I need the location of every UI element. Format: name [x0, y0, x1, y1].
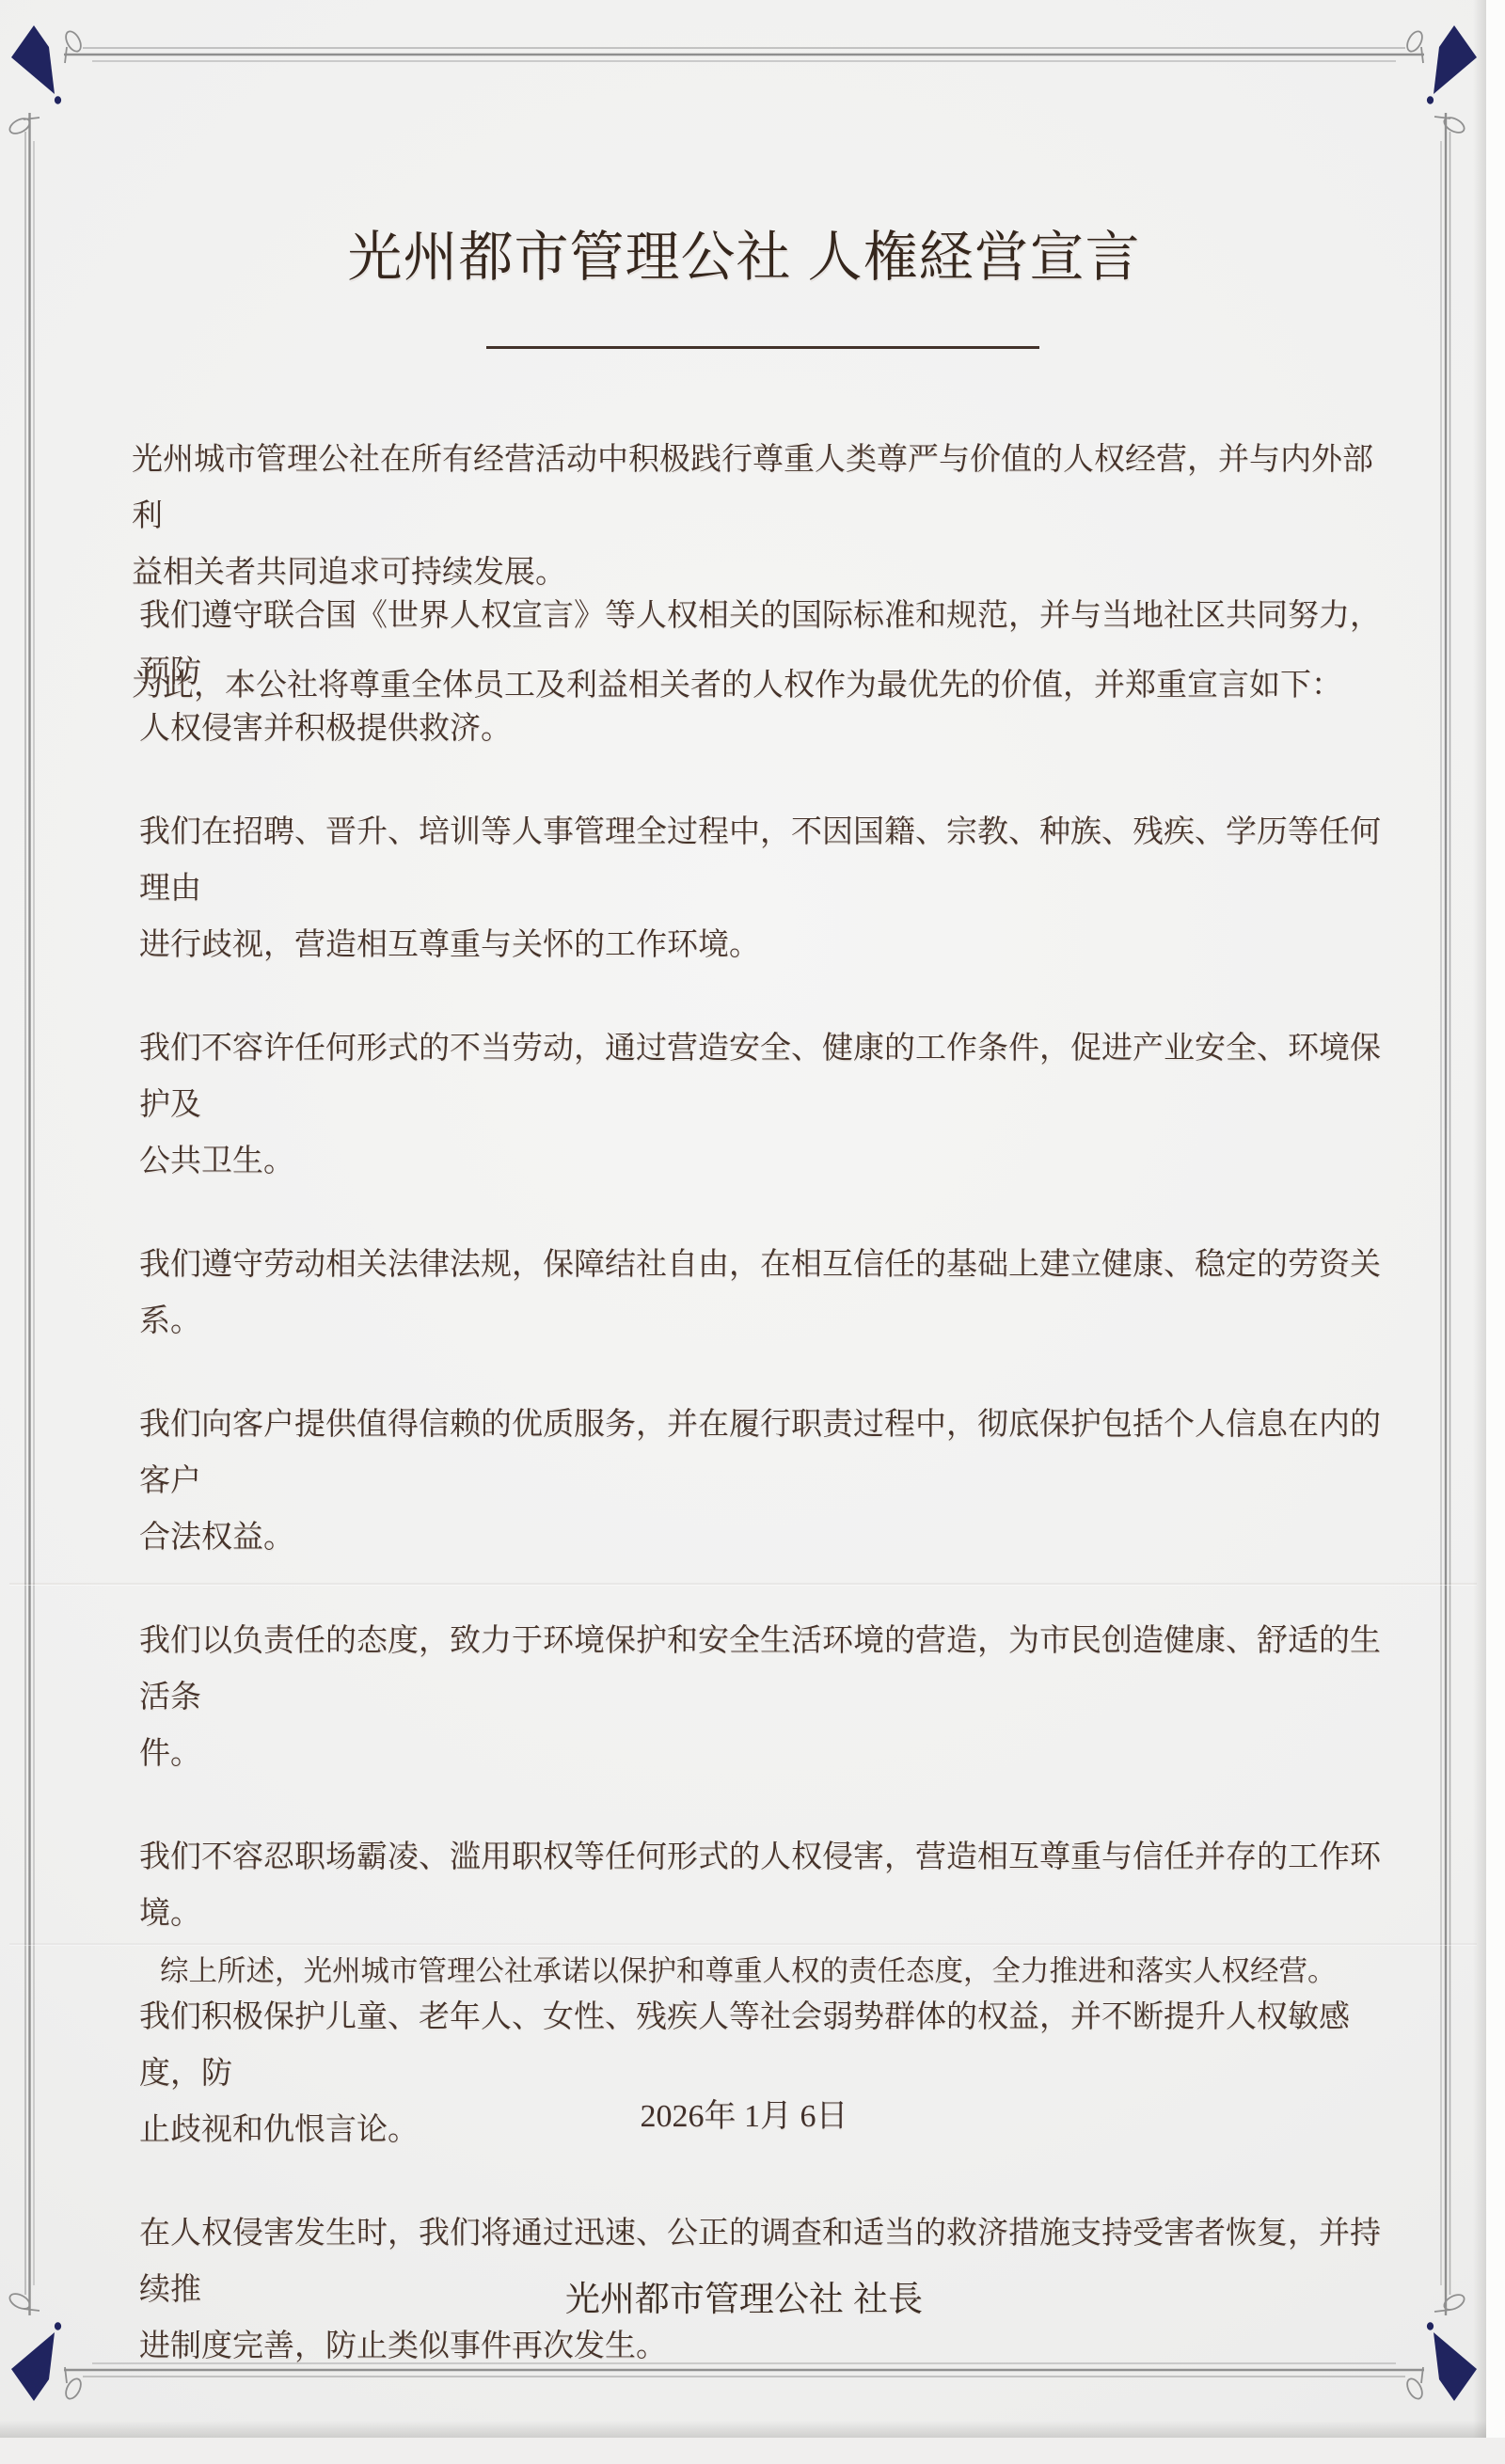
- declaration-item: 我们不容忍职场霸凌、滥用职权等任何形式的人权侵害，营造相互尊重与信任并存的工作环…: [139, 1828, 1383, 1941]
- background-right-strip: [1486, 0, 1505, 2464]
- declaration-item: 我们向客户提供值得信赖的优质服务，并在履行职责过程中，彻底保护包括个人信息在内的…: [139, 1396, 1383, 1565]
- title-divider-rule: [486, 346, 1039, 349]
- paper-sheet: 光州都市管理公社 人権経営宣言 光州城市管理公社在所有经营活动中积极践行尊重人类…: [0, 0, 1488, 2438]
- declaration-item: 我们遵守劳动相关法律法规，保障结社自由，在相互信任的基础上建立健康、稳定的劳资关…: [139, 1236, 1383, 1349]
- border-left-lines: [25, 113, 34, 2315]
- paper-edge-shadow-bottom: [0, 2421, 1488, 2438]
- closing-statement: 综上所述，光州城市管理公社承诺以保护和尊重人权的责任态度，全力推进和落实人权经营…: [160, 1945, 1411, 1998]
- declaration-item: 我们不容许任何形式的不当劳动，通过营造安全、健康的工作条件，促进产业安全、环境保…: [139, 1019, 1383, 1189]
- declaration-date: 2026年 1月 6日: [0, 2090, 1488, 2136]
- signature-title: 光州都市管理公社 社長: [0, 2270, 1488, 2321]
- declaration-item: 我们在招聘、晋升、培训等人事管理全过程中，不因国籍、宗教、种族、残疾、学历等任何…: [139, 803, 1383, 972]
- border-right-lines: [1441, 113, 1450, 2315]
- intro-paragraph: 光州城市管理公社在所有经营活动中积极践行尊重人类尊严与价值的人权经营，并与内外部…: [132, 431, 1383, 600]
- border-top-lines: [64, 48, 1424, 61]
- scanned-declaration-page: { "page": { "title": "光州都市管理公社 人権経営宣言", …: [0, 0, 1505, 2464]
- declaration-item: 我们遵守联合国《世界人权宣言》等人权相关的国际标准和规范，并与当地社区共同努力，…: [139, 587, 1383, 756]
- declaration-list: 我们遵守联合国《世界人权宣言》等人权相关的国际标准和规范，并与当地社区共同努力，…: [139, 587, 1383, 2421]
- background-bottom-strip: [0, 2438, 1505, 2464]
- document-title: 光州都市管理公社 人権経営宣言: [0, 213, 1488, 292]
- declaration-item: 我们以负责任的态度，致力于环境保护和安全生活环境的营造，为市民创造健康、舒适的生…: [139, 1612, 1383, 1781]
